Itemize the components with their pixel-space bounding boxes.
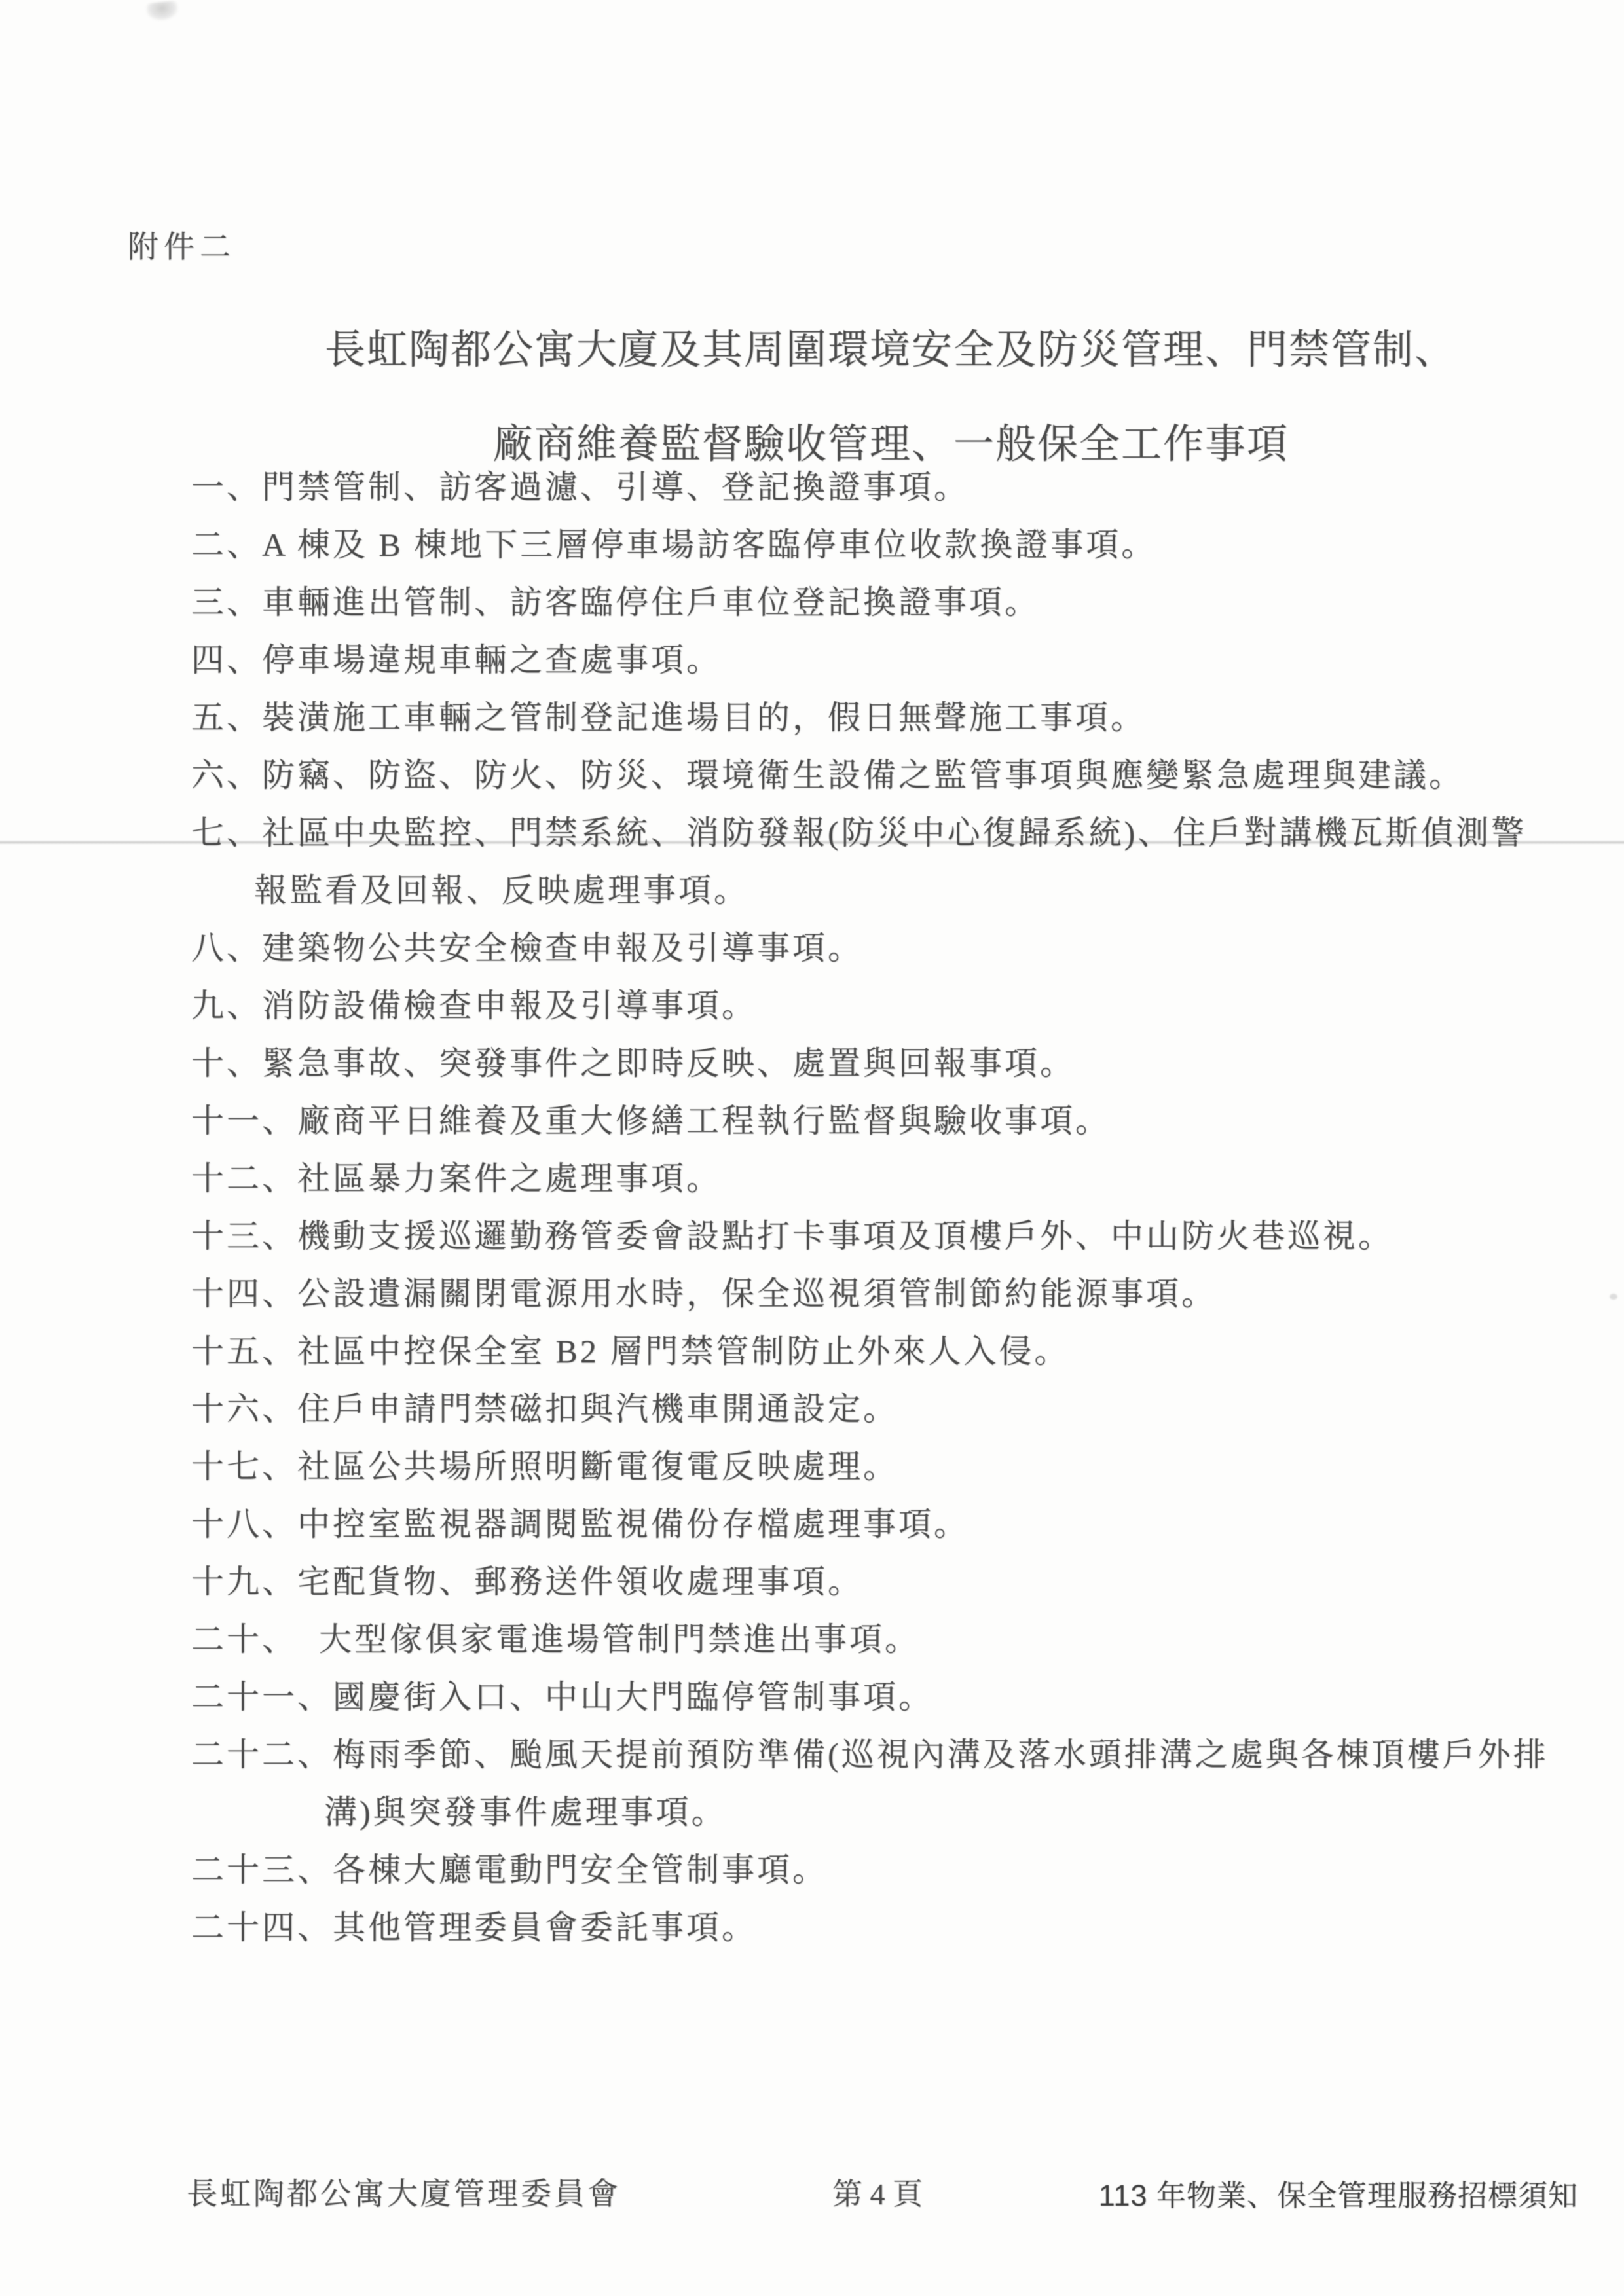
list-item-13: 十三、機動支援巡邏勤務管委會設點打卡事項及頂樓戶外、中山防火巷巡視。 xyxy=(191,1207,1593,1265)
list-item-10: 十、緊急事故、突發事件之即時反映、處置與回報事項。 xyxy=(191,1034,1593,1092)
list-item-12: 十二、社區暴力案件之處理事項。 xyxy=(191,1150,1593,1207)
list-item-3: 三、車輛進出管制、訪客臨停住戶車位登記換證事項。 xyxy=(191,574,1593,631)
list-item-15: 十五、社區中控保全室 B2 層門禁管制防止外來人入侵。 xyxy=(191,1322,1593,1380)
footer-committee-name: 長虹陶都公寓大廈管理委員會 xyxy=(187,2175,621,2214)
list-item-23: 二十三、各棟大廳電動門安全管制事項。 xyxy=(191,1841,1593,1899)
list-item-18: 十八、中控室監視器調閱監視備份存檔處理事項。 xyxy=(191,1495,1593,1553)
footer-document-title: 113 年物業、保全管理服務招標須知 xyxy=(1099,2176,1578,2215)
scanned-document-page: 附件二 長虹陶都公寓大廈及其周圍環境安全及防災管理、門禁管制、 廠商維養監督驗收… xyxy=(0,0,1624,2296)
work-items-list: 一、門禁管制、訪客過濾、引導、登記換證事項。 二、A 棟及 B 棟地下三層停車場… xyxy=(191,458,1593,1956)
list-item-22: 二十二、梅雨季節、颱風天提前預防準備(巡視內溝及落水頭排溝之處與各棟頂樓戶外排 xyxy=(191,1726,1593,1783)
list-item-11: 十一、廠商平日維養及重大修繕工程執行監督與驗收事項。 xyxy=(191,1092,1593,1150)
list-item-9: 九、消防設備檢查申報及引導事項。 xyxy=(191,977,1593,1034)
list-item-6: 六、防竊、防盜、防火、防災、環境衛生設備之監管事項與應變緊急處理與建議。 xyxy=(191,746,1593,804)
scan-speck-artifact xyxy=(1610,1294,1617,1300)
list-item-2: 二、A 棟及 B 棟地下三層停車場訪客臨停車位收款換證事項。 xyxy=(191,516,1593,574)
list-item-14: 十四、公設遺漏關閉電源用水時，保全巡視須管制節約能源事項。 xyxy=(191,1265,1593,1322)
list-item-8: 八、建築物公共安全檢查申報及引導事項。 xyxy=(191,919,1593,977)
list-item-19: 十九、宅配貨物、郵務送件領收處理事項。 xyxy=(191,1553,1593,1611)
document-title-line-1: 長虹陶都公寓大廈及其周圍環境安全及防災管理、門禁管制、 xyxy=(157,317,1624,375)
list-item-7-continuation: 報監看及回報、反映處理事項。 xyxy=(191,862,1593,919)
list-item-20: 二十、 大型傢俱家電進場管制門禁進出事項。 xyxy=(191,1611,1593,1668)
list-item-22-continuation: 溝)與突發事件處理事項。 xyxy=(191,1783,1593,1841)
list-item-5: 五、裝潢施工車輛之管制登記進場目的，假日無聲施工事項。 xyxy=(191,689,1593,746)
attachment-label: 附件二 xyxy=(128,223,236,266)
footer-page-number: 第 4 頁 xyxy=(812,2175,943,2214)
list-item-21: 二十一、國慶街入口、中山大門臨停管制事項。 xyxy=(191,1668,1593,1726)
list-item-16: 十六、住戶申請門禁磁扣與汽機車開通設定。 xyxy=(191,1380,1593,1438)
list-item-4: 四、停車場違規車輛之查處事項。 xyxy=(191,631,1593,689)
scan-smudge-artifact xyxy=(146,1,179,22)
list-item-17: 十七、社區公共場所照明斷電復電反映處理。 xyxy=(191,1438,1593,1495)
list-item-24: 二十四、其他管理委員會委託事項。 xyxy=(191,1899,1593,1956)
list-item-7: 七、社區中央監控、門禁系統、消防發報(防災中心復歸系統)、住戶對講機瓦斯偵測警 xyxy=(191,804,1593,862)
list-item-1: 一、門禁管制、訪客過濾、引導、登記換證事項。 xyxy=(191,458,1593,516)
